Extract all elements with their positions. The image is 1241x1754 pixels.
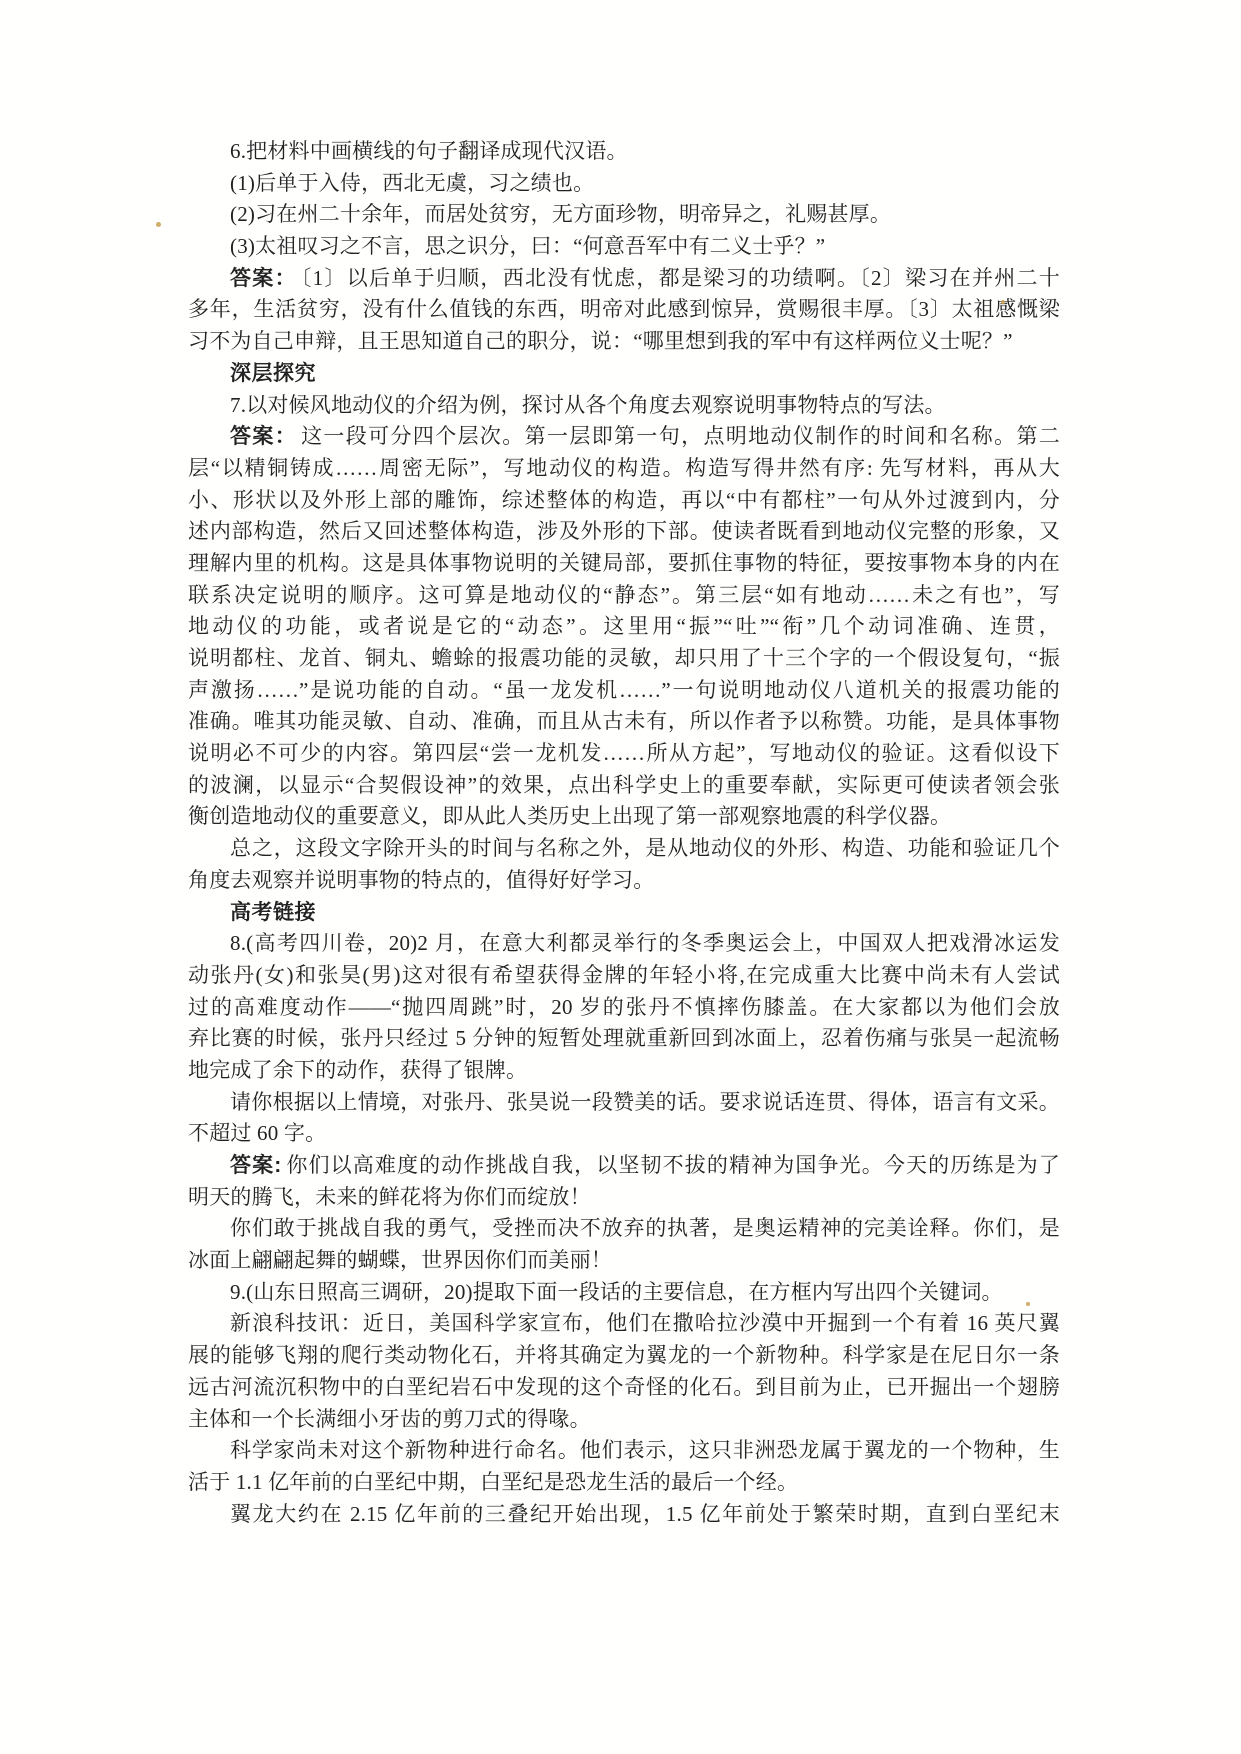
scan-artifact-dot [156, 222, 161, 227]
text-line: 述内部构造，然后又回述整体构造，涉及外形的下部。使读者既看到地动仪完整的形象，又 [188, 516, 1060, 548]
text-line: 翼龙大约在 2.15 亿年前的三叠纪开始出现，1.5 亿年前处于繁荣时期，直到白… [188, 1499, 1060, 1531]
text-line: 联系决定说明的顺序。这可算是地动仪的“静态”。第三层“如有地动……未之有也”，写 [188, 580, 1060, 612]
text-line: (2)习在州二十余年，而居处贫穷，无方面珍物，明帝异之，礼赐甚厚。 [188, 199, 1060, 231]
text-line: 层“以精铜铸成……周密无际”，写地动仪的构造。构造写得井然有序: 先写材料，再从… [188, 453, 1060, 485]
text-line: 地完成了余下的动作，获得了银牌。 [188, 1055, 1060, 1087]
text-line: (1)后单于入侍，西北无虞，习之绩也。 [188, 168, 1060, 200]
text-line: 弃比赛的时候，张丹只经过 5 分钟的短暂处理就重新回到冰面上，忍着伤痛与张昊一起… [188, 1023, 1060, 1055]
text-line: 请你根据以上情境，对张丹、张昊说一段赞美的话。要求说话连贯、得体，语言有文采。 [188, 1087, 1060, 1119]
text-line: 答案：〔1〕以后单于归顺，西北没有忧虑，都是梁习的功绩啊。〔2〕梁习在并州二十 [188, 263, 1060, 295]
text-line: 展的能够飞翔的爬行类动物化石，并将其确定为翼龙的一个新物种。科学家是在尼日尔一条 [188, 1340, 1060, 1372]
text-line: 动张丹(女)和张昊(男)这对很有希望获得金牌的年轻小将,在完成重大比赛中尚未有人… [188, 960, 1060, 992]
section-heading: 深层探究 [188, 358, 1060, 390]
document-page: 6.把材料中画横线的句子翻译成现代汉语。(1)后单于入侍，西北无虞，习之绩也。(… [0, 0, 1241, 1754]
text-line: 衡创造地动仪的重要意义，即从此人类历史上出现了第一部观察地震的科学仪器。 [188, 801, 1060, 833]
text-line: 多年，生活贫穷，没有什么值钱的东西，明帝对此感到惊异，赏赐很丰厚。〔3〕太祖感慨… [188, 294, 1060, 326]
text-line: 活于 1.1 亿年前的白垩纪中期，白垩纪是恐龙生活的最后一个经。 [188, 1467, 1060, 1499]
text-line: 角度去观察并说明事物的特点的，值得好好学习。 [188, 865, 1060, 897]
text-line: 冰面上翩翩起舞的蝴蝶，世界因你们而美丽！ [188, 1245, 1060, 1277]
text-line: 总之，这段文字除开头的时间与名称之外，是从地动仪的外形、构造、功能和验证几个 [188, 833, 1060, 865]
document-body: 6.把材料中画横线的句子翻译成现代汉语。(1)后单于入侍，西北无虞，习之绩也。(… [188, 136, 1060, 1530]
answer-label: 答案： [230, 425, 297, 448]
text-line: 说明必不可少的内容。第四层“尝一龙机发……所从方起”，写地动仪的验证。这看似设下 [188, 738, 1060, 770]
scan-artifact-dot [1001, 300, 1005, 304]
text-line: 准确。唯其功能灵敏、自动、准确，而且从古未有，所以作者予以称赞。功能，是具体事物 [188, 706, 1060, 738]
text-line: 小、形状以及外形上部的雕饰，综述整体的构造，再以“中有都柱”一句从外过渡到内，分 [188, 485, 1060, 517]
text-line: 你们敢于挑战自我的勇气，受挫而决不放弃的执著，是奥运精神的完美诠释。你们，是 [188, 1213, 1060, 1245]
text-line: 习不为自己申辩，且王思知道自己的职分，说：“哪里想到我的军中有这样两位义士呢？” [188, 326, 1060, 358]
text-line: 不超过 60 字。 [188, 1118, 1060, 1150]
answer-label: 答案: [230, 1154, 281, 1177]
text-line: 6.把材料中画横线的句子翻译成现代汉语。 [188, 136, 1060, 168]
scan-artifact-dot [1026, 1302, 1030, 1306]
text-line: 答案:你们以高难度的动作挑战自我，以坚韧不拔的精神为国争光。今天的历练是为了 [188, 1150, 1060, 1182]
text-line: 声激扬……”是说功能的自动。“虽一龙发机……”一句说明地动仪八道机关的报震功能的 [188, 675, 1060, 707]
text-line: 明天的腾飞，未来的鲜花将为你们而绽放！ [188, 1182, 1060, 1214]
text-line: 地动仪的功能，或者说是它的“动态”。这里用“振”“吐”“衔”几个动词准确、连贯， [188, 611, 1060, 643]
text-line: 新浪科技讯：近日，美国科学家宣布，他们在撒哈拉沙漠中开掘到一个有着 16 英尺翼 [188, 1308, 1060, 1340]
text-line: 主体和一个长满细小牙齿的剪刀式的得喙。 [188, 1404, 1060, 1436]
text-line: 答案：这一段可分四个层次。第一层即第一句，点明地动仪制作的时间和名称。第二 [188, 421, 1060, 453]
text-line: 理解内里的机构。这是具体事物说明的关键局部，要抓住事物的特征，要按事物本身的内在 [188, 548, 1060, 580]
text-line: 8.(高考四川卷，20)2 月，在意大利都灵举行的冬季奥运会上，中国双人把戏滑冰… [188, 928, 1060, 960]
text-line: 7.以对候风地动仪的介绍为例，探讨从各个角度去观察说明事物特点的写法。 [188, 390, 1060, 422]
text-line: 过的高难度动作——“抛四周跳”时，20 岁的张丹不慎摔伤膝盖。在大家都以为他们会… [188, 992, 1060, 1024]
text-line: (3)太祖叹习之不言，思之识分，曰：“何意吾军中有二义士乎？” [188, 231, 1060, 263]
text-line: 说明都柱、龙首、铜丸、蟾蜍的报震功能的灵敏，却只用了十三个字的一个假设复句，“振 [188, 643, 1060, 675]
section-heading: 高考链接 [188, 897, 1060, 929]
text-line: 的波澜，以显示“合契假设神”的效果，点出科学史上的重要奉献，实际更可使读者领会张 [188, 770, 1060, 802]
text-line: 9.(山东日照高三调研，20)提取下面一段话的主要信息，在方框内写出四个关键词。 [188, 1277, 1060, 1309]
text-line: 科学家尚未对这个新物种进行命名。他们表示，这只非洲恐龙属于翼龙的一个物种，生 [188, 1435, 1060, 1467]
text-line: 远古河流沉积物中的白垩纪岩石中发现的这个奇怪的化石。到目前为止，已开掘出一个翅膀 [188, 1372, 1060, 1404]
answer-label: 答案： [230, 267, 297, 290]
